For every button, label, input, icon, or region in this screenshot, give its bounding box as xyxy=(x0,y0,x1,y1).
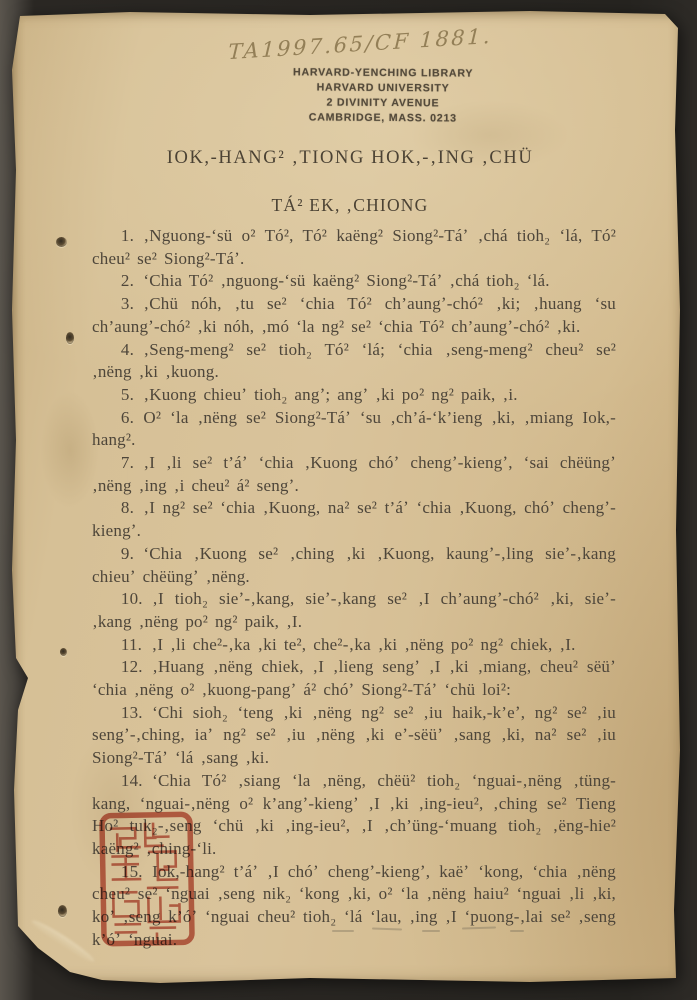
torn-corner xyxy=(29,917,97,966)
verse-text: ‚Chü nóh, ‚tu se² ʻchia Tó² ch’aungʼ-chó… xyxy=(92,294,616,336)
verse-text: ‚I ‚li che²-‚ka ‚ki te², che²-‚ka ‚ki ‚n… xyxy=(151,635,575,654)
verse-number: 3. xyxy=(121,294,134,313)
call-number: TA1997.65/CF 1881. xyxy=(228,20,558,64)
paper-sheet: TA1997.65/CF 1881. HARVARD-YENCHING LIBR… xyxy=(10,10,686,988)
pencil-mark xyxy=(510,930,524,932)
verse-paragraph: 1.‚Nguong-ʻsü o² Tó², Tó² kaëng² Siong²-… xyxy=(92,225,616,270)
pencil-mark xyxy=(332,930,354,932)
chapter-heading: TÁ² EK, ‚CHIONG xyxy=(80,195,620,216)
paper-stain xyxy=(40,390,100,510)
stamp-line: HARVARD UNIVERSITY xyxy=(278,80,488,96)
red-seal-stamp xyxy=(97,809,197,949)
verse-number: 1. xyxy=(121,226,134,245)
binding-hole xyxy=(66,332,74,344)
verse-number: 8. xyxy=(121,498,134,517)
verse-paragraph: 7.‚I ‚li se² t’áʼ ʻchia ‚Kuong chóʼ chen… xyxy=(92,452,616,497)
verse-number: 9. xyxy=(121,544,134,563)
verse-number: 11. xyxy=(121,635,142,654)
verse-text: ʻChia ‚Kuong se² ‚ching ‚ki ‚Kuong, kaun… xyxy=(92,544,616,586)
verse-paragraph: 12.‚Huang ‚nëng chiek, ‚I ‚lieng sengʼ ‚… xyxy=(92,656,616,701)
verse-text: ‚I ‚li se² t’áʼ ʻchia ‚Kuong chóʼ chengʼ… xyxy=(92,453,616,495)
stamp-line: HARVARD-YENCHING LIBRARY xyxy=(278,65,488,81)
verse-text: ‚I tioh₂ sieʼ-‚kang, sieʼ-‚kang se² ‚I c… xyxy=(92,589,616,631)
verse-number: 14. xyxy=(121,771,143,790)
verse-text: ‚Kuong chieuʼ tioh₂ angʼ; angʼ ‚ki po² n… xyxy=(143,385,517,404)
verse-paragraph: 3.‚Chü nóh, ‚tu se² ʻchia Tó² ch’aungʼ-c… xyxy=(92,293,616,338)
verse-paragraph: 8.‚I ng² se² ʻchia ‚Kuong, na² se² t’áʼ … xyxy=(92,497,616,542)
verse-number: 2. xyxy=(121,271,134,290)
verse-number: 5. xyxy=(121,385,134,404)
verse-number: 13. xyxy=(121,703,143,722)
verse-number: 7. xyxy=(121,453,134,472)
verse-paragraph: 6.O² ʻla ‚nëng se² Siong²-Táʼ ʻsu ‚ch’á-… xyxy=(92,407,616,452)
verse-paragraph: 4.‚Seng-meng² se² tioh₂ Tó² ʻlá; ʻchia ‚… xyxy=(92,339,616,384)
verse-number: 4. xyxy=(121,340,134,359)
verse-paragraph: 2.ʻChia Tó² ‚nguong-ʻsü kaëng² Siong²-Tá… xyxy=(92,270,616,293)
verse-text: ‚Seng-meng² se² tioh₂ Tó² ʻlá; ʻchia ‚se… xyxy=(92,340,616,382)
pencil-mark xyxy=(422,930,440,932)
verse-paragraph: 5.‚Kuong chieuʼ tioh₂ angʼ; angʼ ‚ki po²… xyxy=(92,384,616,407)
library-stamp: HARVARD-YENCHING LIBRARY HARVARD UNIVERS… xyxy=(278,65,488,126)
verse-text: ‚Nguong-ʻsü o² Tó², Tó² kaëng² Siong²-Tá… xyxy=(92,226,616,268)
verse-paragraph: 11.‚I ‚li che²-‚ka ‚ki te², che²-‚ka ‚ki… xyxy=(92,634,616,657)
verse-number: 10. xyxy=(121,589,143,608)
verse-text: ʻChi sioh₂ ʻteng ‚ki ‚nëng ng² se² ‚iu h… xyxy=(92,703,616,767)
verse-text: ‚I ng² se² ʻchia ‚Kuong, na² se² t’áʼ ʻc… xyxy=(92,498,616,540)
verse-number: 6. xyxy=(121,408,134,427)
stamp-line: 2 DIVINITY AVENUE xyxy=(278,95,488,111)
stamp-line: CAMBRIDGE, MASS. 0213 xyxy=(278,110,488,126)
verse-number: 12. xyxy=(121,657,143,676)
verse-paragraph: 9.ʻChia ‚Kuong se² ‚ching ‚ki ‚Kuong, ka… xyxy=(92,543,616,588)
verse-text: ʻChia Tó² ‚nguong-ʻsü kaëng² Siong²-Táʼ … xyxy=(143,271,549,290)
page: TA1997.65/CF 1881. HARVARD-YENCHING LIBR… xyxy=(10,10,686,988)
verse-paragraph: 10.‚I tioh₂ sieʼ-‚kang, sieʼ-‚kang se² ‚… xyxy=(92,588,616,633)
binding-hole xyxy=(56,237,67,247)
binding-hole xyxy=(58,905,67,917)
book-title: IOK,-HANG² ‚TIONG HOK,-‚ING ‚CHÜ xyxy=(80,148,620,169)
scan-background: { "document": { "call_number": "TA1997.6… xyxy=(0,0,697,1000)
verse-paragraph: 13.ʻChi sioh₂ ʻteng ‚ki ‚nëng ng² se² ‚i… xyxy=(92,702,616,770)
verse-text: O² ʻla ‚nëng se² Siong²-Táʼ ʻsu ‚ch’á-ʻk… xyxy=(92,408,616,450)
binding-hole xyxy=(60,648,67,656)
verse-text: ‚Huang ‚nëng chiek, ‚I ‚lieng sengʼ ‚I ‚… xyxy=(92,657,616,699)
